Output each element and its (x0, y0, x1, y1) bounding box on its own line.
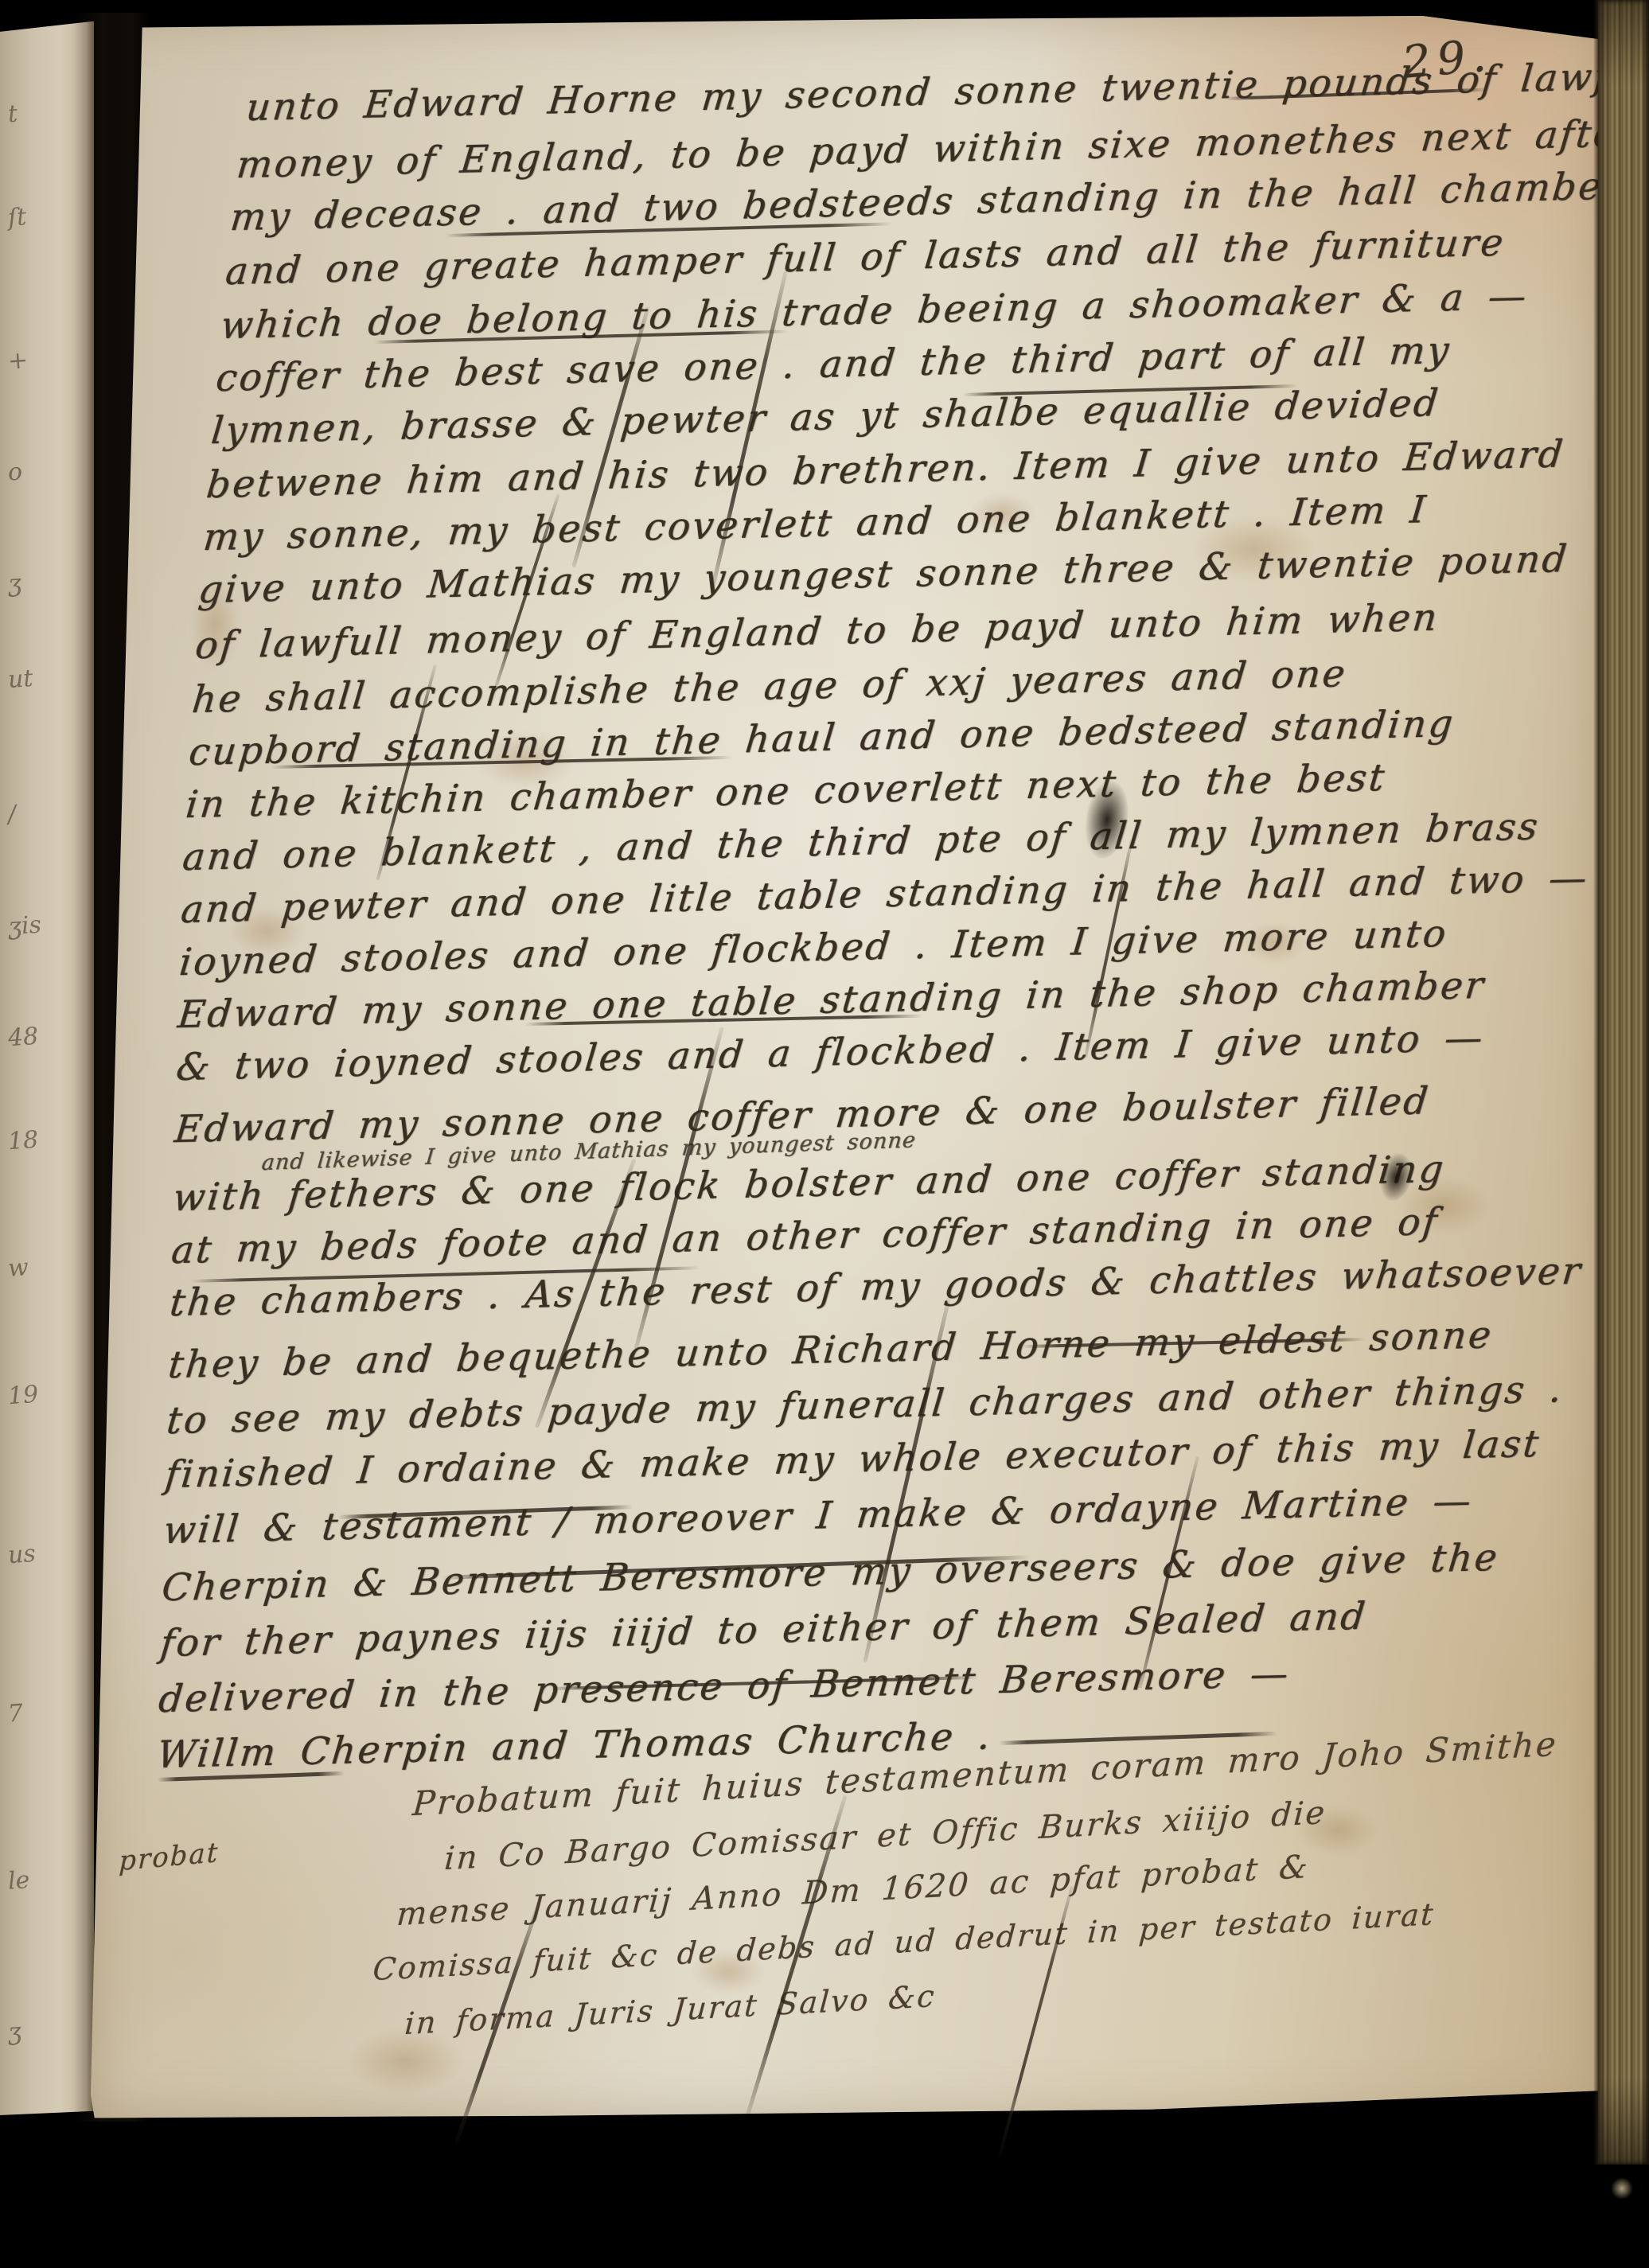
edge-fragment: ʒ (7, 569, 22, 598)
edge-fragment: 48 (7, 1023, 40, 1053)
edge-fragment: t (7, 100, 18, 129)
edge-fragment: 19 (7, 1381, 40, 1411)
manuscript-photo: tſt+oʒut/ʒis4818w19us7leʒ unto Edward Ho… (0, 0, 1649, 2268)
edge-fragment: o (7, 458, 23, 486)
edge-fragment: le (7, 1866, 31, 1896)
page-number: 29. (1400, 29, 1494, 89)
book-page-edges (1598, 0, 1649, 2165)
edge-fragment: ſt (7, 203, 28, 232)
edge-fragment: + (7, 346, 29, 376)
manuscript-page (91, 16, 1604, 2120)
edge-fragment: us (7, 1540, 37, 1569)
edge-fragment: ʒ (7, 2017, 22, 2046)
edge-fragment: 18 (7, 1126, 40, 1156)
glint-mark (1611, 2177, 1633, 2200)
edge-fragment: ʒis (7, 911, 42, 941)
edge-fragment: ut (7, 664, 34, 694)
edge-fragment: w (7, 1253, 29, 1283)
edge-fragment: 7 (7, 1699, 24, 1728)
edge-fragment: / (7, 801, 18, 829)
